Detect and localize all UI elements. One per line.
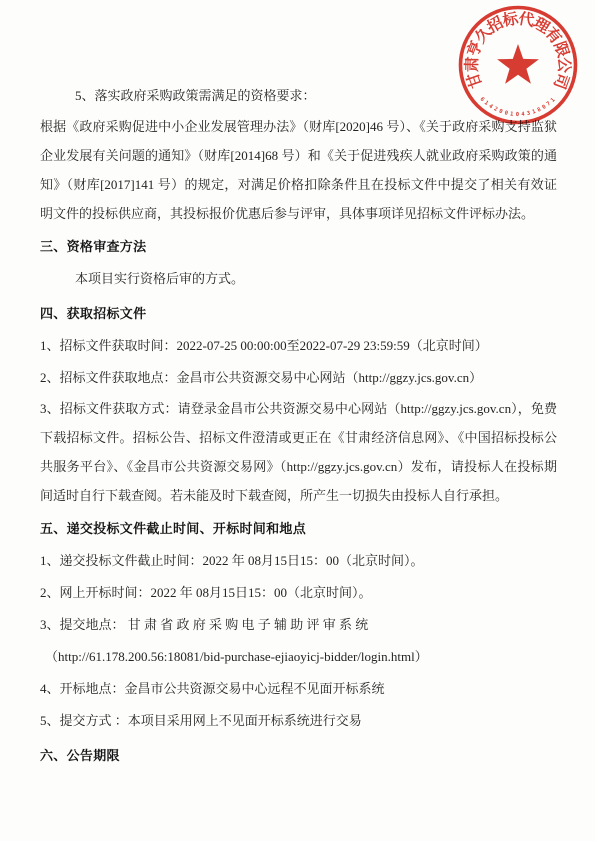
document-body: 5、落实政府采购政策需满足的资格要求： 根据《政府采购促进中小企业发展管理办法》… bbox=[40, 80, 557, 772]
item-submit-url: （http://61.178.200.56:18081/bid-purchase… bbox=[40, 641, 557, 673]
heading-qualification-review: 三、资格审查方法 bbox=[40, 231, 557, 263]
heading-submission-opening: 五、递交投标文件截止时间、开标时间和地点 bbox=[40, 513, 557, 545]
item-doc-obtain-place: 2、招标文件获取地点：金昌市公共资源交易中心网站（http://ggzy.jcs… bbox=[40, 362, 557, 394]
document-page: 5、落实政府采购政策需满足的资格要求： 根据《政府采购促进中小企业发展管理办法》… bbox=[0, 0, 595, 841]
item-5-qualification-policy: 5、落实政府采购政策需满足的资格要求： bbox=[40, 80, 557, 112]
heading-obtain-documents: 四、获取招标文件 bbox=[40, 298, 557, 330]
para-policy-basis: 根据《政府采购促进中小企业发展管理办法》（财库[2020]46 号）、《关于政府… bbox=[40, 112, 557, 228]
item-submit-method: 5、提交方式 ：本项目采用网上不见面开标系统进行交易 bbox=[40, 705, 557, 737]
para-post-qualification: 本项目实行资格后审的方式。 bbox=[40, 263, 557, 295]
heading-announcement-period: 六、公告期限 bbox=[40, 740, 557, 772]
item-open-place: 4、开标地点：金昌市公共资源交易中心远程不见面开标系统 bbox=[40, 673, 557, 705]
seal-star-icon bbox=[497, 44, 539, 84]
item-online-open-time: 2、网上开标时间：2022 年 08月15日15：00（北京时间）。 bbox=[40, 577, 557, 609]
item-submit-place: 3、提交地点： 甘 肃 省 政 府 采 购 电 子 辅 助 评 审 系 统 bbox=[40, 609, 557, 641]
item-doc-obtain-time: 1、招标文件获取时间：2022-07-25 00:00:00至2022-07-2… bbox=[40, 330, 557, 362]
para-doc-obtain-method: 3、招标文件获取方式：请登录金昌市公共资源交易中心网站（http://ggzy.… bbox=[40, 394, 557, 510]
item-bid-deadline: 1、递交投标文件截止时间：2022 年 08月15日15：00（北京时间）。 bbox=[40, 545, 557, 577]
